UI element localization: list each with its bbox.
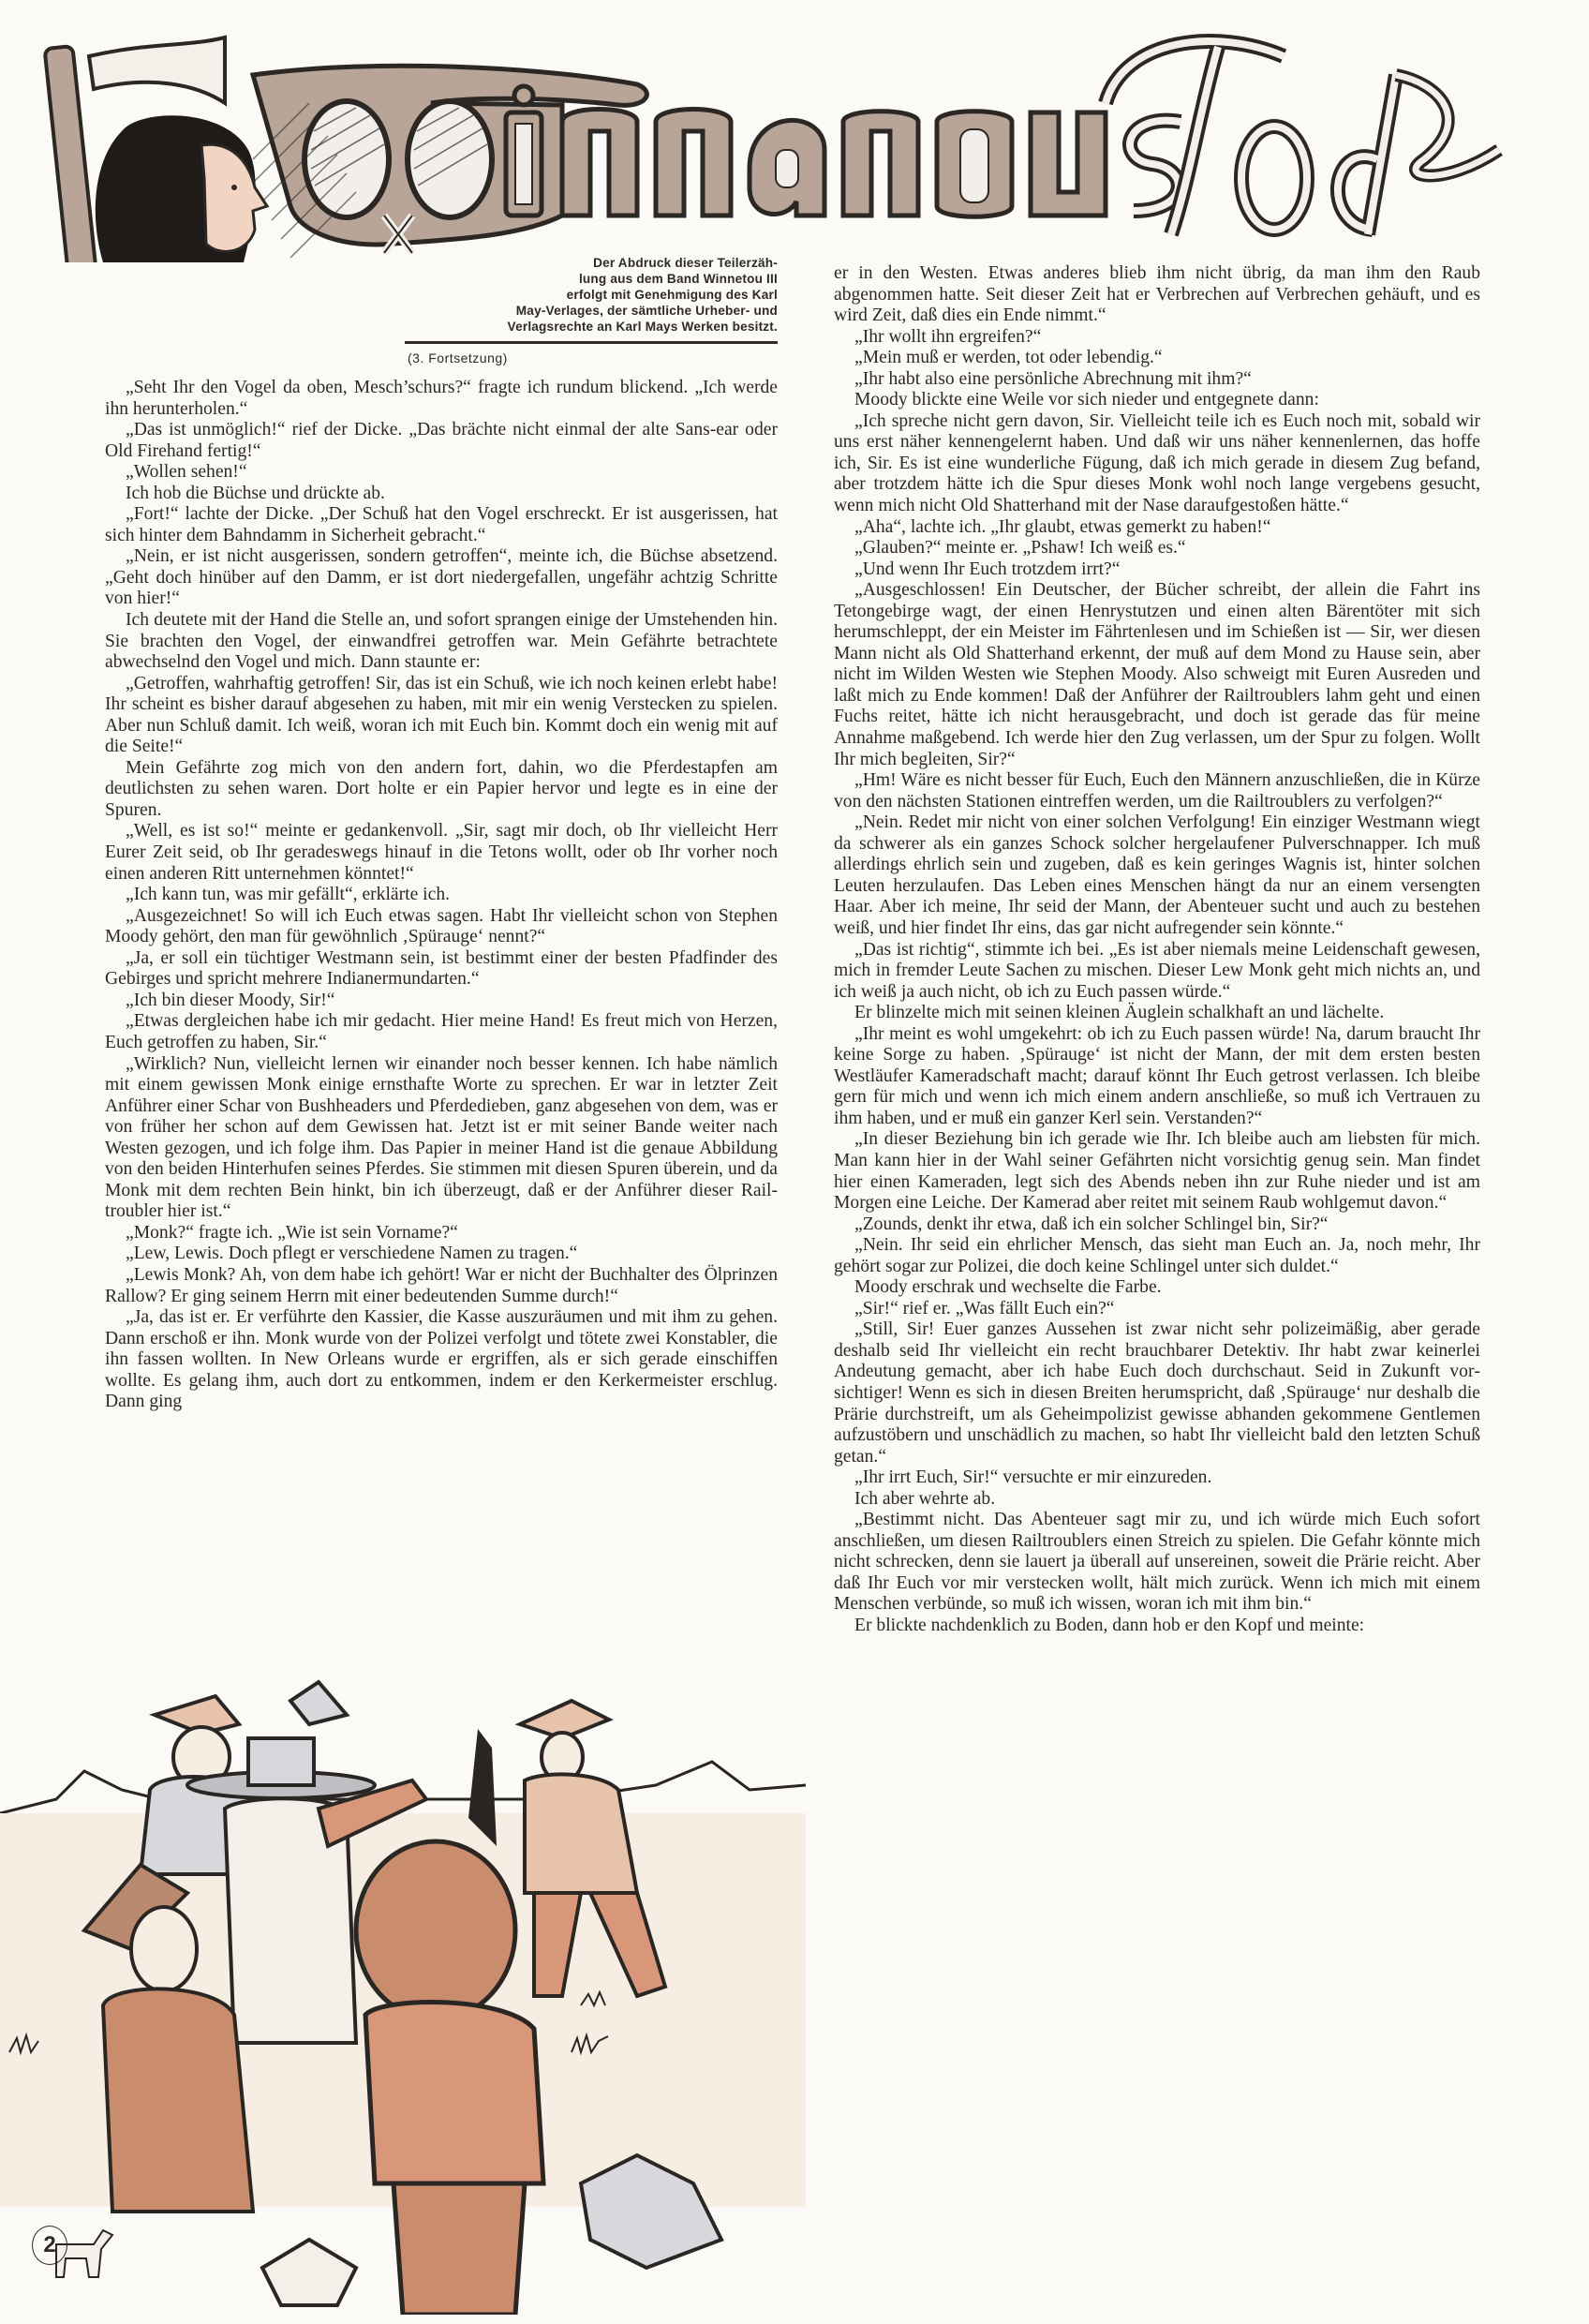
paragraph: „Bestimmt nicht. Das Abenteuer sagt mir … (834, 1510, 1480, 1616)
paragraph: Ich aber wehrte ab. (834, 1489, 1480, 1511)
paragraph: „Ihr wollt ihn ergreifen?“ (834, 327, 1480, 349)
paragraph: „Still, Sir! Euer ganzes Aussehen ist zw… (834, 1319, 1480, 1467)
installment-label: (3. Fortsetzung) (408, 350, 508, 365)
paragraph: „Ich spreche nicht gern davon, Sir. Viel… (834, 411, 1480, 517)
paragraph: „Wirklich? Nun, vielleicht lernen wir ei… (105, 1054, 778, 1223)
paragraph: „Ja, das ist er. Er verführte den Kassie… (105, 1307, 778, 1413)
copyright-notice: Der Abdruck dieser Teilerzäh- lung aus d… (487, 255, 778, 335)
paragraph: „Monk?“ fragte ich. „Wie ist sein Vornam… (105, 1223, 778, 1244)
paragraph: „Lewis Monk? Ah, von dem habe ich gehört… (105, 1265, 778, 1307)
paragraph: „Ja, er soll ein tüchtiger Westmann sein… (105, 948, 778, 991)
divider-rule (405, 341, 778, 344)
paragraph: „Nein. Ihr seid ein ehrlicher Mensch, da… (834, 1235, 1480, 1277)
credit-line: May-Verlages, der sämtliche Urheber- und (487, 303, 778, 319)
title-lettering-illustration (37, 19, 1546, 262)
paragraph: „Aha“, lachte ich. „Ihr glaubt, etwas ge… (834, 517, 1480, 539)
paragraph: „Mein muß er werden, tot oder lebendig.“ (834, 348, 1480, 369)
western-scene-illustration: 2 (0, 1659, 806, 2315)
paragraph: „Ich bin dieser Moody, Sir!“ (105, 991, 778, 1012)
paragraph: „Und wenn Ihr Euch trotzdem irrt?“ (834, 559, 1480, 581)
paragraph: „Ihr habt also eine persönliche Abrechnu… (834, 369, 1480, 391)
credit-line: lung aus dem Band Winnetou III (487, 271, 778, 287)
paragraph: „Ausgeschlossen! Ein Deutscher, der Büch… (834, 580, 1480, 770)
page-number: 2 (32, 2226, 67, 2265)
paragraph: „Ausgezeichnet! So will ich Euch etwas s… (105, 906, 778, 948)
cowboys-illustration (0, 1659, 806, 2315)
paragraph: „Hm! Wäre es nicht besser für Euch, Euch… (834, 770, 1480, 812)
paragraph: Ich deutete mit der Hand die Stelle an, … (105, 610, 778, 674)
paragraph: „Well, es ist so!“ meinte er gedankenvol… (105, 821, 778, 885)
paragraph-continuation: er in den Westen. Etwas anderes blieb ih… (834, 263, 1480, 327)
paragraph: „Das ist unmöglich!“ rief der Dicke. „Da… (105, 420, 778, 462)
paragraph: Er blickte nachdenklich zu Boden, dann h… (834, 1616, 1480, 1637)
title-banner (37, 19, 1546, 262)
credit-line: erfolgt mit Genehmigung des Karl (487, 287, 778, 303)
paragraph: „Ihr meint es wohl umgekehrt: ob ich zu … (834, 1024, 1480, 1130)
paragraph: Er blinzelte mich mit seinen kleinen Äug… (834, 1003, 1480, 1024)
paragraph: „Nein. Redet mir nicht von einer solchen… (834, 812, 1480, 939)
paragraph: „Sir!“ rief er. „Was fällt Euch ein?“ (834, 1299, 1480, 1320)
credit-line: Verlagsrechte an Karl Mays Werken besitz… (487, 319, 778, 335)
right-text-column: er in den Westen. Etwas anderes blieb ih… (834, 263, 1480, 1637)
paragraph: „Nein, er ist nicht ausgerissen, sondern… (105, 546, 778, 610)
paragraph: Moody blickte eine Weile vor sich nieder… (834, 390, 1480, 411)
paragraph: Ich hob die Büchse und drückte ab. (105, 484, 778, 505)
paragraph: „Ihr irrt Euch, Sir!“ versuchte er mir e… (834, 1467, 1480, 1489)
paragraph: Moody erschrak und wechselte die Farbe. (834, 1277, 1480, 1299)
paragraph: „Zounds, denkt ihr etwa, daß ich ein sol… (834, 1214, 1480, 1236)
paragraph: „In dieser Beziehung bin ich gerade wie … (834, 1129, 1480, 1214)
paragraph: „Ich kann tun, was mir gefällt“, erklärt… (105, 885, 778, 906)
paragraph: „Etwas dergleichen habe ich mir gedacht.… (105, 1011, 778, 1053)
paragraph: „Fort!“ lachte der Dicke. „Der Schuß hat… (105, 504, 778, 546)
paragraph: „Seht Ihr den Vogel da oben, Mesch’schur… (105, 378, 778, 420)
paragraph: „Das ist richtig“, stimmte ich bei. „Es … (834, 940, 1480, 1004)
paragraph: „Glauben?“ meinte er. „Pshaw! Ich weiß e… (834, 538, 1480, 559)
paragraph: „Lew, Lewis. Doch pflegt er verschiedene… (105, 1244, 778, 1265)
credit-line: Der Abdruck dieser Teilerzäh- (487, 255, 778, 271)
left-text-column: „Seht Ihr den Vogel da oben, Mesch’schur… (105, 378, 778, 1413)
magazine-page: Der Abdruck dieser Teilerzäh- lung aus d… (0, 0, 1589, 2324)
paragraph: Mein Gefährte zog mich von den andern fo… (105, 758, 778, 822)
paragraph: „Getroffen, wahrhaftig getroffen! Sir, d… (105, 674, 778, 758)
paragraph: „Wollen sehen!“ (105, 462, 778, 484)
